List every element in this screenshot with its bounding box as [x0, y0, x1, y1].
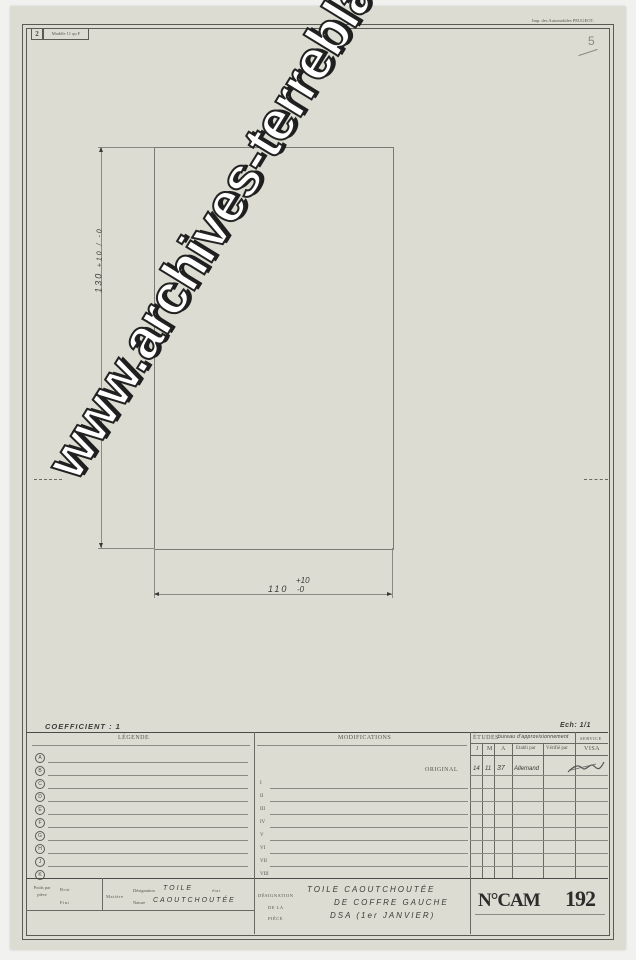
etudes-rule	[470, 866, 608, 867]
width-dimension-line	[154, 594, 392, 595]
service-title: SERVICE	[580, 736, 602, 741]
sheet-number-box: 2	[31, 28, 43, 40]
etudes-rule	[470, 801, 608, 802]
part-number-value: 192	[565, 886, 595, 912]
modification-row-label: II	[260, 794, 263, 799]
part-number-underline	[475, 914, 605, 915]
legend-rule	[48, 775, 248, 776]
legend-marker-c: C	[35, 779, 45, 789]
etudes-colhead-rule	[470, 755, 608, 756]
modification-rule	[270, 840, 468, 841]
nature-value: CAOUTCHOUTÉE	[153, 897, 236, 904]
piece-line-2: DE COFFRE GAUCHE	[334, 898, 449, 907]
modifications-divider	[470, 732, 471, 878]
etudes-title: ÉTUDES	[473, 735, 499, 741]
visa-signature	[566, 760, 606, 774]
number-divider	[470, 878, 471, 934]
legend-title: LÉGENDE	[118, 735, 149, 741]
modification-row-label: III	[260, 807, 265, 812]
legend-rule	[48, 788, 248, 789]
ext-line-bottom	[98, 548, 154, 549]
etudes-col-divider	[512, 743, 513, 878]
brut-label: Brut	[60, 887, 70, 892]
modification-rule	[270, 827, 468, 828]
ext-line-left	[154, 548, 155, 598]
piece-label-3: PIÈCE	[268, 916, 283, 921]
legend-rule	[48, 814, 248, 815]
legend-rule	[48, 840, 248, 841]
legend-marker-f: F	[35, 818, 45, 828]
legend-marker-g: G	[35, 831, 45, 841]
piece-line-1: TOILE CAOUTCHOUTÉE	[307, 885, 435, 894]
modification-row-label: VIII	[260, 872, 269, 877]
etudes-rule	[470, 788, 608, 789]
matiere-bottom-rule	[26, 910, 254, 911]
poids-divider	[102, 878, 103, 910]
width-tol-plus: +10	[296, 576, 310, 585]
original-year: 37	[497, 765, 505, 772]
arrow-down-icon	[99, 543, 103, 548]
footer-top-rule	[26, 878, 608, 879]
original-etabli: Allemand	[514, 766, 539, 772]
width-tol-minus: -0	[297, 585, 304, 594]
col-etabli: Etabli par	[516, 746, 536, 751]
legend-marker-j: J	[35, 857, 45, 867]
designation-value: TOILE	[163, 885, 193, 892]
original-label: ORIGINAL	[425, 767, 458, 773]
legend-marker-d: D	[35, 792, 45, 802]
etudes-rule	[470, 827, 608, 828]
col-verifie: Vérifié par	[546, 746, 568, 751]
legend-marker-a: A	[35, 753, 45, 763]
part-number-label: N°CAM	[478, 890, 540, 912]
etudes-col-divider	[494, 743, 495, 878]
width-dimension-value: 110	[268, 584, 288, 594]
center-mark-right	[584, 479, 608, 480]
printer-credit: Imp. des Automobiles PEUGEOT.	[532, 18, 594, 23]
modifications-title-rule	[257, 745, 467, 746]
ext-line-top	[98, 147, 154, 148]
piece-label-1: DÉSIGNATION	[258, 893, 294, 898]
modification-row-label: IV	[260, 820, 265, 825]
model-ref-box: Modèle 11 qu F	[43, 28, 89, 40]
legend-rule	[48, 762, 248, 763]
legend-rule	[48, 853, 248, 854]
sheet-number: 2	[35, 30, 39, 38]
model-ref: Modèle 11 qu F	[52, 31, 80, 36]
modification-row-label: VI	[260, 846, 265, 851]
original-day: 14	[473, 766, 480, 772]
modification-rule	[270, 866, 468, 867]
col-visa: VISA	[584, 746, 600, 752]
modification-row-label: VII	[260, 859, 267, 864]
col-month: M	[487, 746, 493, 752]
piece-label-2: DE LA	[268, 905, 284, 910]
modification-rule	[270, 853, 468, 854]
arrow-right-icon	[387, 592, 392, 596]
etudes-rule	[470, 853, 608, 854]
modification-rule	[270, 788, 468, 789]
scale: Ech: 1/1	[560, 722, 591, 729]
fini-label: Fini	[60, 900, 69, 905]
etudes-dept: bureau d'approvisionnement	[498, 734, 569, 740]
page-mark: 5	[588, 34, 595, 48]
legend-title-rule	[32, 745, 250, 746]
etudes-service-divider	[575, 732, 576, 878]
legend-rule	[48, 866, 248, 867]
poids-label: Poids par pièce	[33, 884, 51, 898]
matiere-label: Matière	[106, 894, 124, 899]
original-month: 11	[485, 766, 491, 772]
nature-label: Nature	[133, 900, 145, 905]
etudes-rule	[470, 814, 608, 815]
piece-line-3: DSA (1er JANVIER)	[330, 911, 435, 920]
etudes-col-divider	[482, 743, 483, 878]
modification-row-label: I	[260, 781, 262, 786]
arrow-up-icon	[99, 147, 103, 152]
modification-row-label: V	[260, 833, 264, 838]
center-mark-left	[34, 479, 62, 480]
modification-rule	[270, 801, 468, 802]
etudes-col-divider	[543, 743, 544, 878]
legend-marker-h: H	[35, 844, 45, 854]
designation-label: Désignation	[133, 888, 155, 893]
col-day: J	[476, 746, 479, 752]
etudes-rule	[470, 775, 608, 776]
coefficient: COEFFICIENT : 1	[45, 722, 121, 731]
legend-divider	[254, 732, 255, 878]
legend-marker-e: E	[35, 805, 45, 815]
modifications-title: MODIFICATIONS	[338, 735, 391, 741]
ext-line-right	[392, 548, 393, 598]
arrow-left-icon	[154, 592, 159, 596]
piece-divider	[254, 878, 255, 934]
etudes-header-rule	[470, 743, 608, 744]
title-block-top	[26, 732, 608, 733]
legend-rule	[48, 827, 248, 828]
etudes-rule	[470, 840, 608, 841]
modification-rule	[270, 814, 468, 815]
legend-rule	[48, 801, 248, 802]
etat-label: état	[212, 888, 221, 893]
col-year: A	[501, 746, 506, 752]
height-dimension: 130 +10 / -0	[94, 227, 104, 292]
legend-marker-b: B	[35, 766, 45, 776]
